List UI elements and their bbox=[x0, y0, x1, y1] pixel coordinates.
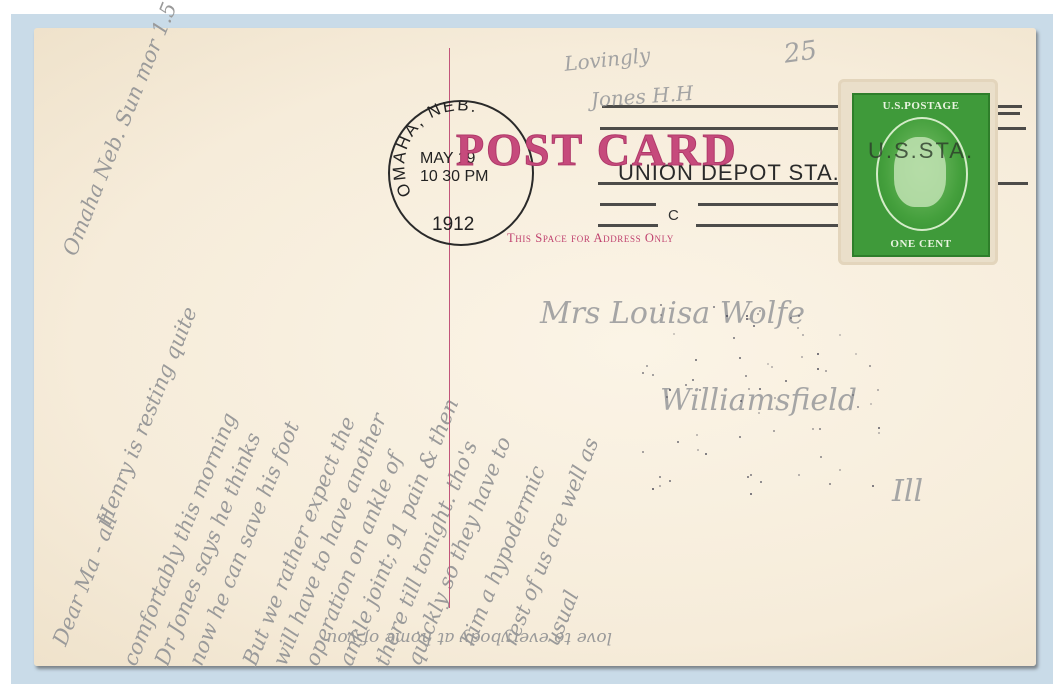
message-line: love to everybody at home of you bbox=[326, 628, 612, 648]
ink-speck bbox=[669, 389, 671, 391]
ink-speck bbox=[746, 318, 748, 320]
machine-cancel-letter: C bbox=[668, 207, 679, 224]
ink-speck bbox=[660, 304, 662, 306]
ink-speck bbox=[642, 372, 644, 374]
ink-speck bbox=[673, 333, 675, 335]
ink-speck bbox=[758, 412, 760, 414]
ink-speck bbox=[646, 365, 648, 367]
ink-speck bbox=[797, 327, 799, 329]
ink-speck bbox=[692, 379, 694, 381]
ink-speck bbox=[812, 428, 814, 430]
ink-speck bbox=[660, 314, 662, 316]
ink-speck bbox=[878, 427, 880, 429]
ink-speck bbox=[669, 480, 671, 482]
ink-speck bbox=[759, 388, 761, 390]
ink-speck bbox=[666, 396, 668, 398]
ink-speck bbox=[740, 400, 742, 402]
ink-speck bbox=[878, 432, 880, 434]
ink-speck bbox=[699, 389, 701, 391]
address-state: Ill bbox=[892, 474, 923, 509]
ink-speck bbox=[746, 315, 748, 317]
ink-speck bbox=[697, 449, 699, 451]
postage-stamp: U.S.POSTAGE ONE CENT bbox=[852, 93, 990, 257]
address-name: Mrs Louisa Wolfe bbox=[540, 296, 805, 331]
pencil-price: 25 bbox=[782, 35, 819, 69]
stamp-cancel-overprint: U.S.STA. bbox=[868, 138, 974, 164]
ink-speck bbox=[652, 488, 654, 490]
ink-speck bbox=[659, 476, 661, 478]
ink-speck bbox=[877, 389, 879, 391]
address-space-label: This Space for Address Only bbox=[507, 231, 674, 246]
ink-speck bbox=[713, 306, 715, 308]
card-title: POST CARD bbox=[456, 127, 738, 173]
ink-speck bbox=[855, 353, 857, 355]
stamp-header: U.S.POSTAGE bbox=[854, 100, 988, 112]
ink-speck bbox=[753, 325, 755, 327]
ink-speck bbox=[739, 357, 741, 359]
postmark-year: 1912 bbox=[432, 214, 474, 236]
ink-speck bbox=[829, 483, 831, 485]
ink-speck bbox=[767, 363, 769, 365]
stamp-value: ONE CENT bbox=[854, 238, 988, 250]
